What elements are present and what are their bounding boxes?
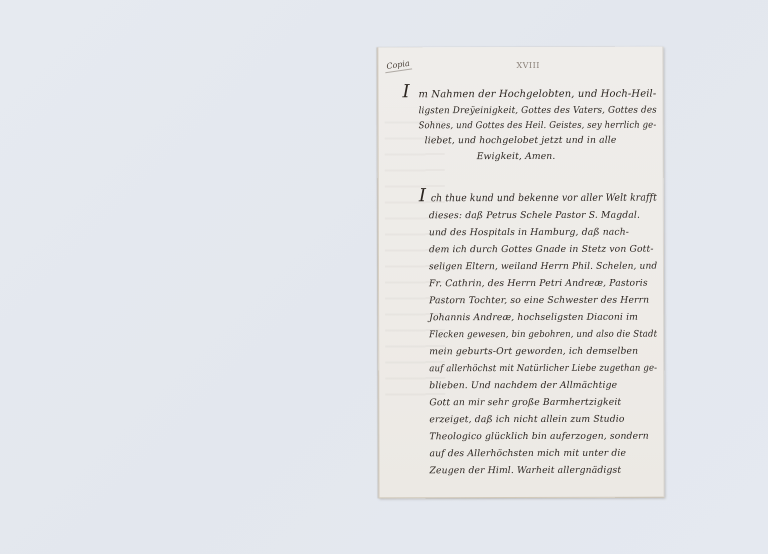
margin-note-copia: Copia bbox=[384, 57, 413, 73]
body-line: dieses: daß Petrus Schele Pastor S. Magd… bbox=[429, 210, 640, 222]
body-line: erzeiget, daß ich nicht allein zum Studi… bbox=[429, 414, 624, 426]
body-line: Fr. Cathrin, des Herrn Petri Andreæ, Pas… bbox=[429, 278, 648, 290]
body-initial: I bbox=[419, 185, 426, 206]
invocation-line: m Nahmen der Hochgelobten, und Hoch-Heil… bbox=[419, 89, 657, 101]
body-line: Theologico glücklich bin auferzogen, son… bbox=[429, 431, 648, 443]
body-line: Zeugen der Himl. Warheit allergnädigst bbox=[430, 465, 622, 477]
invocation-line: Ewigkeit, Amen. bbox=[477, 151, 556, 162]
invocation-line: ligsten Dreÿeinigkeit, Gottes des Vaters… bbox=[419, 105, 657, 117]
body-line: Pastorn Tochter, so eine Schwester des H… bbox=[429, 295, 649, 307]
body-line: und des Hospitals in Hamburg, daß nach- bbox=[429, 227, 629, 239]
body-line: auf des Allerhöchsten mich mit unter die bbox=[429, 448, 626, 460]
body-line: auf allerhöchst mit Natürlicher Liebe zu… bbox=[429, 363, 657, 375]
body-line: ch thue kund und bekenne vor aller Welt … bbox=[431, 193, 657, 205]
body-line: Gott an mir sehr große Barmhertzigkeit bbox=[429, 397, 621, 409]
folio-number: XVIII bbox=[516, 61, 539, 70]
invocation-line: liebet, und hochgelobet jetzt und in all… bbox=[425, 135, 617, 147]
body-line: mein geburts-Ort geworden, ich demselben bbox=[429, 346, 638, 358]
body-line: seligen Eltern, weiland Herrn Phil. Sche… bbox=[429, 261, 657, 273]
body-line: dem ich durch Gottes Gnade in Stetz von … bbox=[429, 244, 654, 256]
invocation-line: Sohnes, und Gottes des Heil. Geistes, se… bbox=[419, 120, 657, 132]
body-line: blieben. Und nachdem der Allmächtige bbox=[429, 380, 617, 391]
body-line: Johannis Andreæ, hochseligsten Diaconi i… bbox=[429, 312, 638, 324]
body-line: Flecken gewesen, bin gebohren, und also … bbox=[429, 329, 657, 341]
manuscript-page: Copia XVIII I m Nahmen der Hochgelobten,… bbox=[377, 47, 664, 499]
invocation-initial: I bbox=[402, 81, 409, 102]
